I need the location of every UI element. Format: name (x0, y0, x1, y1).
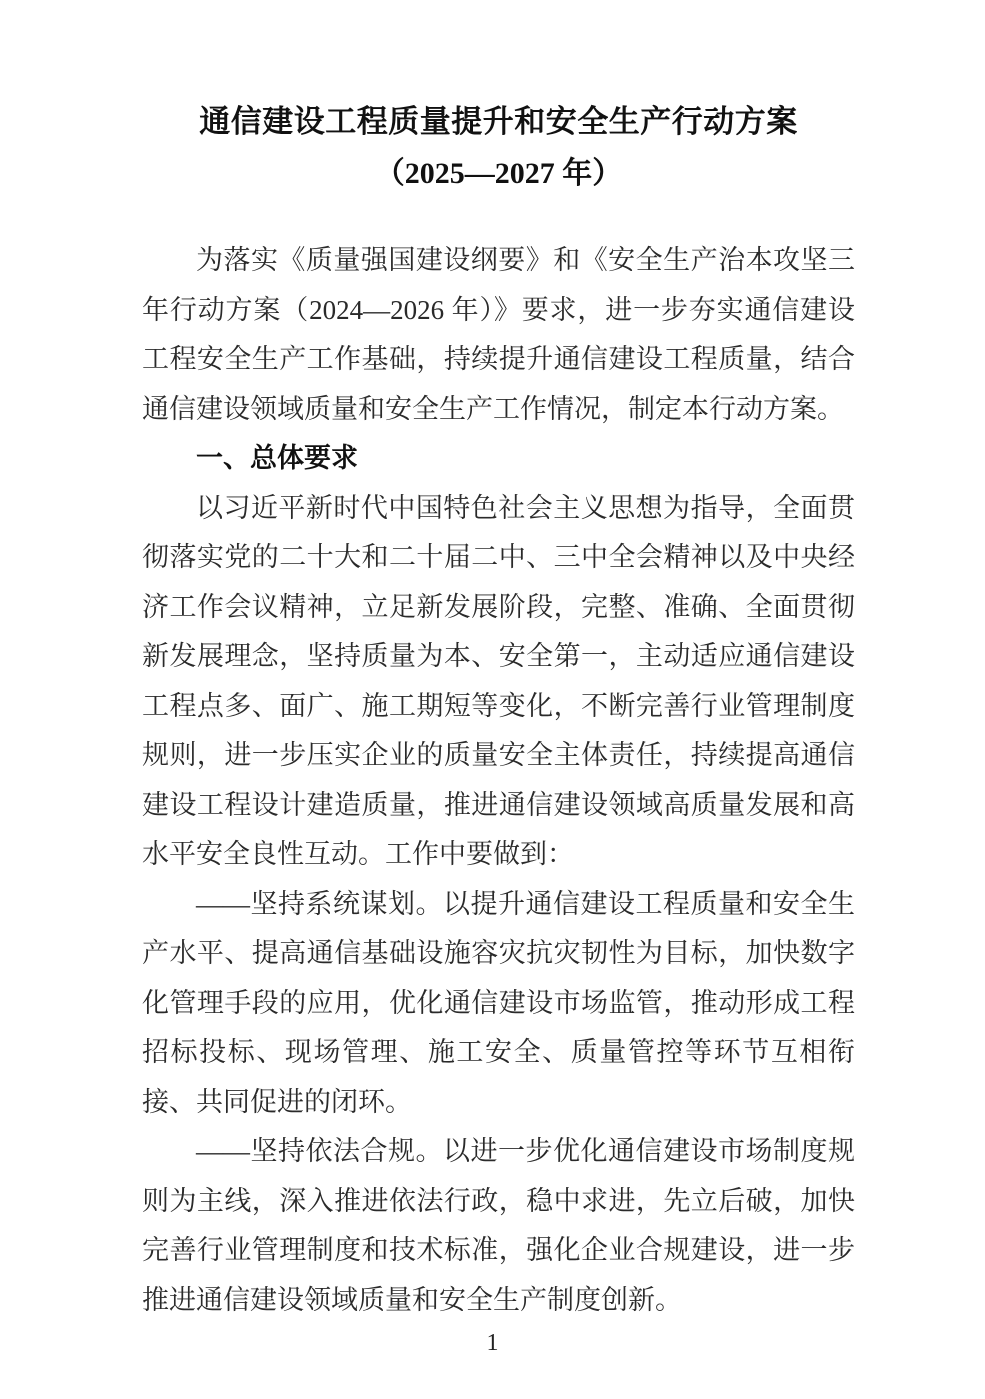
paragraph-principle-law-compliance: ——坚持依法合规。以进一步优化通信建设市场制度规则为主线，深入推进依法行政，稳中… (142, 1127, 855, 1325)
section-heading-1: 一、总体要求 (142, 434, 855, 484)
document-page: 通信建设工程质量提升和安全生产行动方案 （2025—2027 年） 为落实《质量… (0, 0, 985, 1399)
document-subtitle: （2025—2027 年） (142, 148, 855, 200)
paragraph-principle-system-planning: ——坚持系统谋划。以提升通信建设工程质量和安全生产水平、提高通信基础设施容灾抗灾… (142, 880, 855, 1128)
page-number: 1 (487, 1330, 499, 1356)
paragraph-intro: 为落实《质量强国建设纲要》和《安全生产治本攻坚三年行动方案（2024—2026 … (142, 236, 855, 434)
page-footer: 1 (0, 1330, 985, 1357)
document-body: 为落实《质量强国建设纲要》和《安全生产治本攻坚三年行动方案（2024—2026 … (142, 236, 855, 1325)
paragraph-guiding-ideology: 以习近平新时代中国特色社会主义思想为指导，全面贯彻落实党的二十大和二十届二中、三… (142, 484, 855, 880)
title-block: 通信建设工程质量提升和安全生产行动方案 （2025—2027 年） (142, 96, 855, 200)
document-title: 通信建设工程质量提升和安全生产行动方案 (142, 96, 855, 148)
